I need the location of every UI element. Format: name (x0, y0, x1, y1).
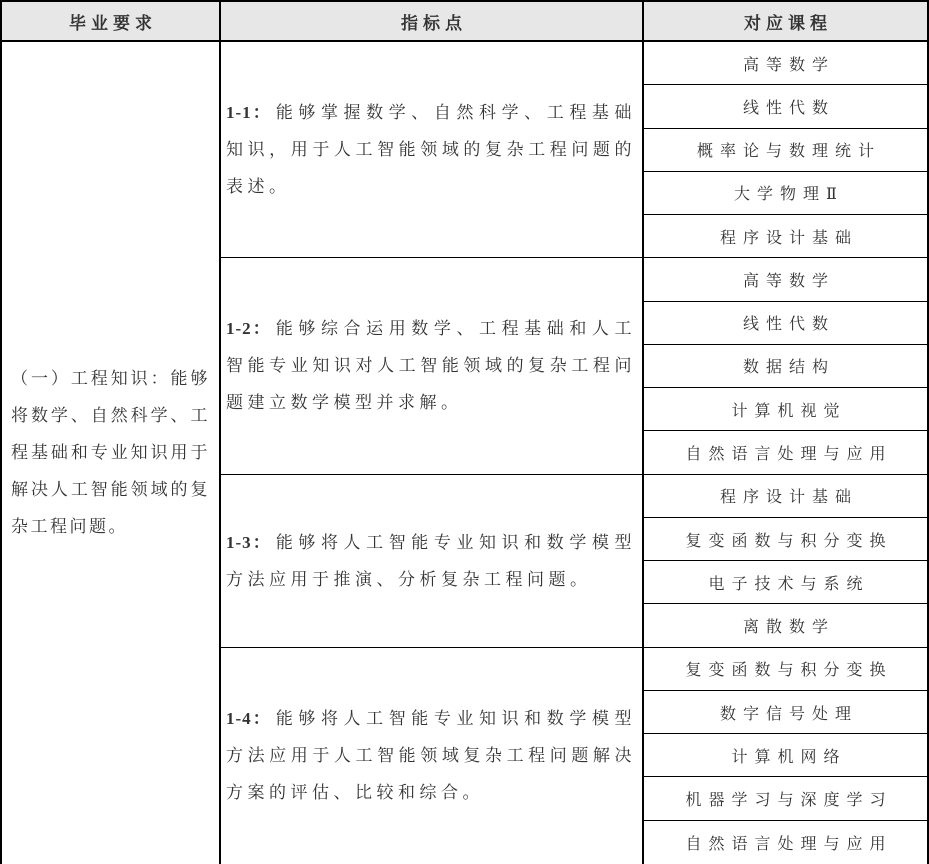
course-name: 线性代数 (736, 311, 835, 334)
course-name: 复变函数与积分变换 (678, 528, 892, 551)
course-cell: 计算机视觉 (644, 388, 927, 431)
indicator-id: 1-1： (226, 103, 272, 122)
course-name: 计算机视觉 (724, 398, 846, 421)
document-page: 毕业要求 指标点 对应课程 （一）工程知识：能够将数学、自然科学、工程基础和专业… (0, 0, 929, 864)
course-name: 大学物理Ⅱ (727, 181, 844, 204)
indicator-cell-1-3: 1-3：能够将人工智能专业知识和数学模型方法应用于推演、分析复杂工程问题。 (221, 475, 644, 648)
header-corresponding-courses: 对应课程 (644, 2, 927, 42)
course-cell: 离散数学 (644, 604, 927, 647)
course-cell: 机器学习与深度学习 (644, 777, 927, 820)
curriculum-matrix-table: 毕业要求 指标点 对应课程 （一）工程知识：能够将数学、自然科学、工程基础和专业… (0, 0, 929, 864)
course-name: 计算机网络 (724, 744, 846, 767)
course-cell: 线性代数 (644, 302, 927, 345)
indicator-id: 1-4： (226, 709, 272, 728)
course-cell: 复变函数与积分变换 (644, 648, 927, 691)
course-name: 高等数学 (736, 52, 835, 75)
indicator-cell-1-2: 1-2：能够综合运用数学、工程基础和人工智能专业知识对人工智能领域的复杂工程问题… (221, 258, 644, 474)
course-cell: 数字信号处理 (644, 691, 927, 734)
course-cell: 数据结构 (644, 345, 927, 388)
indicator-description: 能够综合运用数学、工程基础和人工智能专业知识对人工智能领域的复杂工程问题建立数学… (226, 319, 636, 412)
header-graduation-requirements: 毕业要求 (2, 2, 221, 42)
course-name: 离散数学 (736, 614, 835, 637)
course-cell: 计算机网络 (644, 734, 927, 777)
course-name: 数据结构 (736, 354, 835, 377)
indicator-text: 1-1：能够掌握数学、自然科学、工程基础知识，用于人工智能领域的复杂工程问题的表… (226, 94, 636, 205)
graduation-requirement-cell: （一）工程知识：能够将数学、自然科学、工程基础和专业知识用于解决人工智能领域的复… (2, 42, 221, 864)
course-name: 线性代数 (736, 95, 835, 118)
course-cell: 高等数学 (644, 258, 927, 301)
header-label: 对应课程 (739, 9, 832, 34)
course-cell: 复变函数与积分变换 (644, 518, 927, 561)
course-name: 机器学习与深度学习 (678, 787, 892, 810)
header-label: 指标点 (396, 9, 467, 34)
course-name: 复变函数与积分变换 (678, 657, 892, 680)
indicator-text: 1-2：能够综合运用数学、工程基础和人工智能专业知识对人工智能领域的复杂工程问题… (226, 310, 636, 421)
course-cell: 大学物理Ⅱ (644, 172, 927, 215)
graduation-requirement-text: （一）工程知识：能够将数学、自然科学、工程基础和专业知识用于解决人工智能领域的复… (11, 360, 210, 545)
course-cell: 程序设计基础 (644, 475, 927, 518)
indicator-id: 1-2： (226, 319, 272, 338)
indicator-cell-1-4: 1-4：能够将人工智能专业知识和数学模型方法应用于人工智能领域复杂工程问题解决方… (221, 648, 644, 864)
course-name: 自然语言处理与应用 (678, 441, 892, 464)
course-cell: 电子技术与系统 (644, 561, 927, 604)
indicator-text: 1-3：能够将人工智能专业知识和数学模型方法应用于推演、分析复杂工程问题。 (226, 524, 636, 598)
course-cell: 自然语言处理与应用 (644, 431, 927, 474)
header-indicator-points: 指标点 (221, 2, 644, 42)
indicator-id: 1-3： (226, 533, 272, 552)
course-cell: 程序设计基础 (644, 215, 927, 258)
indicator-description: 能够将人工智能专业知识和数学模型方法应用于人工智能领域复杂工程问题解决方案的评估… (226, 709, 636, 802)
course-cell: 线性代数 (644, 85, 927, 128)
course-name: 程序设计基础 (713, 225, 858, 248)
course-name: 电子技术与系统 (701, 571, 869, 594)
course-name: 自然语言处理与应用 (678, 831, 892, 854)
course-cell: 自然语言处理与应用 (644, 821, 927, 864)
header-label: 毕业要求 (64, 9, 157, 34)
indicator-cell-1-1: 1-1：能够掌握数学、自然科学、工程基础知识，用于人工智能领域的复杂工程问题的表… (221, 42, 644, 258)
indicator-description: 能够将人工智能专业知识和数学模型方法应用于推演、分析复杂工程问题。 (226, 533, 636, 589)
indicator-description: 能够掌握数学、自然科学、工程基础知识，用于人工智能领域的复杂工程问题的表述。 (226, 103, 636, 196)
indicator-text: 1-4：能够将人工智能专业知识和数学模型方法应用于人工智能领域复杂工程问题解决方… (226, 700, 636, 811)
course-cell: 概率论与数理统计 (644, 129, 927, 172)
course-name: 程序设计基础 (713, 484, 858, 507)
course-name: 高等数学 (736, 268, 835, 291)
course-name: 数字信号处理 (713, 701, 858, 724)
course-cell: 高等数学 (644, 42, 927, 85)
course-name: 概率论与数理统计 (690, 138, 881, 161)
